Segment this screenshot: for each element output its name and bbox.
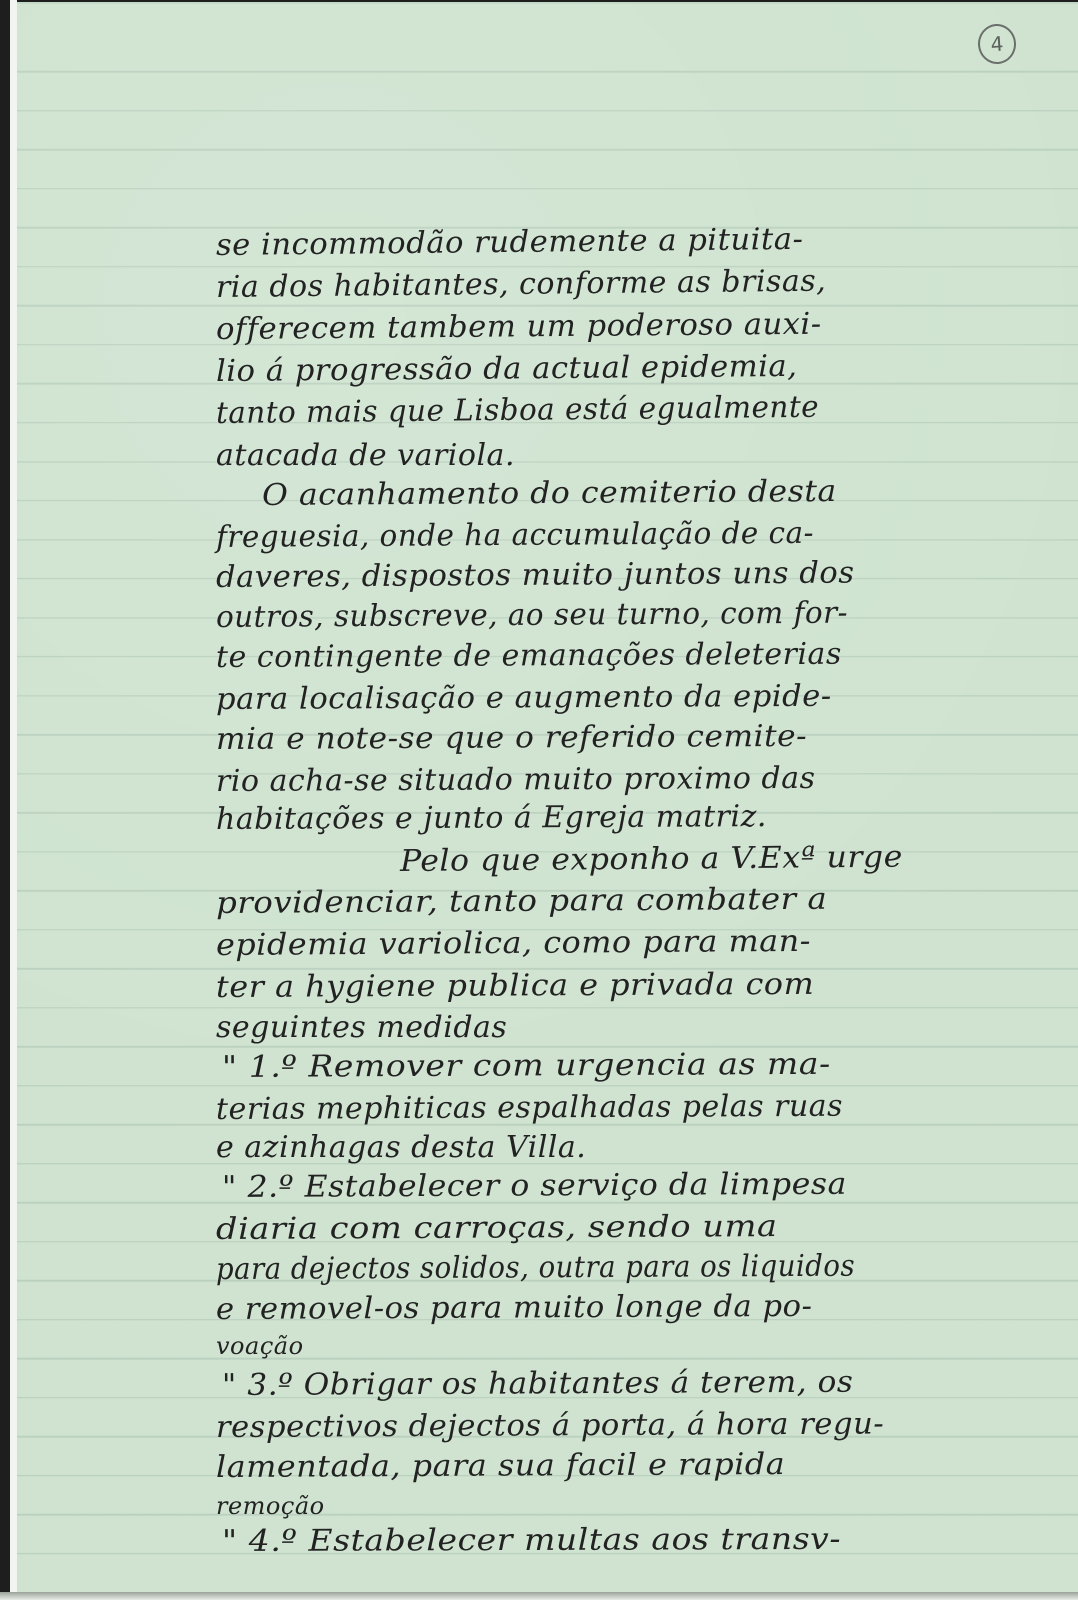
text-line: atacada de variola.: [216, 436, 515, 476]
text-line: Pelo que exponho a V.Exª urge: [400, 838, 903, 882]
text-line: rio acha-se situado muito proximo das: [216, 759, 816, 802]
text-line: se incommodão rudemente a pituita-: [216, 220, 804, 266]
text-line: para localisação e augmento da epide-: [216, 677, 832, 720]
text-line: seguintes medidas: [216, 1008, 507, 1048]
text-line: ria dos habitantes, conforme as brisas,: [216, 262, 827, 308]
text-line: freguesia, onde ha accumulação de ca-: [216, 514, 814, 558]
text-line: habitações e junto á Egreja matriz.: [216, 797, 767, 840]
text-line: lio á progressão da actual epidemia,: [216, 347, 798, 392]
page-bottom-edge: [0, 1592, 1078, 1600]
measure-item-1: " 1.º Remover com urgencia as ma-: [222, 1045, 831, 1088]
text-line: ter a hygiene publica e privada com: [216, 965, 814, 1008]
text-line: epidemia variolica, como para man-: [216, 922, 811, 966]
text-line: voação: [216, 1326, 304, 1366]
text-line: mia e note-se que o referido cemite-: [216, 717, 807, 760]
measure-item-4: " 4.º Estabelecer multas aos transv-: [222, 1520, 841, 1562]
page-edge: [10, 0, 17, 1592]
text-line: e azinhagas desta Villa.: [216, 1128, 586, 1168]
text-line: diaria com carroças, sendo uma: [216, 1207, 778, 1250]
text-line: te contingente de emanações deleterias: [216, 635, 842, 678]
measure-item-3: " 3.º Obrigar os habitantes á terem, os: [222, 1363, 854, 1406]
text-line: e removel-os para muito longe da po-: [216, 1287, 813, 1330]
text-line: tanto mais que Lisboa está egualmente: [216, 388, 819, 434]
text-line: terias mephiticas espalhadas pelas ruas: [216, 1087, 843, 1130]
text-line: providenciar, tanto para combater a: [216, 880, 828, 924]
text-line: outros, subscreve, ao seu turno, com for…: [216, 594, 848, 638]
text-line: para dejectos solidos, outra para os liq…: [216, 1247, 855, 1290]
text-line: daveres, dispostos muito juntos uns dos: [216, 554, 855, 598]
text-line: lamentada, para sua facil e rapida: [216, 1445, 785, 1488]
text-line: offerecem tambem um poderoso auxi-: [216, 305, 822, 350]
measure-item-2: " 2.º Estabelecer o serviço da limpesa: [222, 1165, 847, 1208]
text-line: remoção: [216, 1486, 325, 1526]
text-line: O acanhamento do cemiterio desta: [262, 472, 837, 516]
text-line: respectivos dejectos á porta, á hora reg…: [216, 1405, 884, 1448]
